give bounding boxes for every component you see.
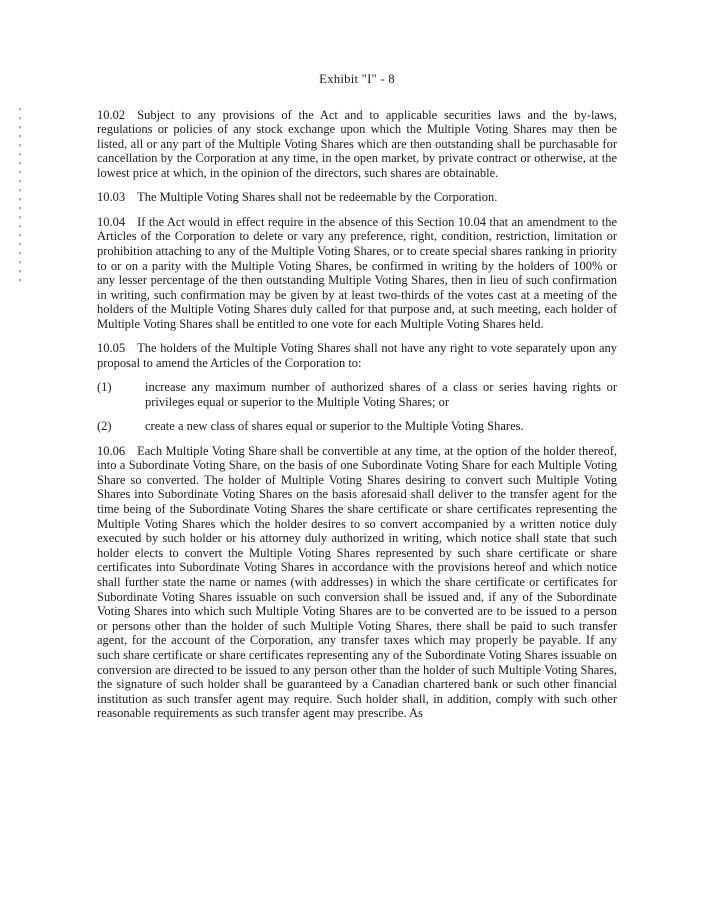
section-number: 10.03	[97, 190, 125, 204]
section-number: 10.04	[97, 215, 125, 229]
section-number: 10.06	[97, 444, 125, 458]
list-item-2: (2)create a new class of shares equal or…	[97, 419, 617, 434]
page-header-title: Exhibit "I" - 8	[97, 72, 617, 87]
paragraph-10-04: 10.04If the Act would in effect require …	[97, 215, 617, 332]
paragraph-10-05: 10.05The holders of the Multiple Voting …	[97, 341, 617, 370]
paragraph-text: The Multiple Voting Shares shall not be …	[137, 190, 497, 204]
section-number: 10.05	[97, 341, 125, 355]
paragraph-10-03: 10.03The Multiple Voting Shares shall no…	[97, 190, 617, 205]
list-marker: (1)	[97, 380, 112, 395]
list-item-text: increase any maximum number of authorize…	[145, 380, 617, 409]
paragraph-text: The holders of the Multiple Voting Share…	[97, 341, 617, 370]
document-content: Exhibit "I" - 8 10.02Subject to any prov…	[97, 72, 617, 731]
section-number: 10.02	[97, 108, 125, 122]
list-item-text: create a new class of shares equal or su…	[145, 419, 524, 433]
paragraph-10-02: 10.02Subject to any provisions of the Ac…	[97, 108, 617, 181]
paragraph-10-06: 10.06Each Multiple Voting Share shall be…	[97, 444, 617, 721]
list-item-1: (1)increase any maximum number of author…	[97, 380, 617, 409]
paragraph-text: Subject to any provisions of the Act and…	[97, 108, 617, 180]
document-page: Exhibit "I" - 8 10.02Subject to any prov…	[0, 0, 704, 911]
paragraph-text: Each Multiple Voting Share shall be conv…	[97, 444, 617, 721]
paragraph-text: If the Act would in effect require in th…	[97, 215, 617, 331]
left-margin-scan-artifact	[19, 108, 21, 283]
list-marker: (2)	[97, 419, 112, 434]
